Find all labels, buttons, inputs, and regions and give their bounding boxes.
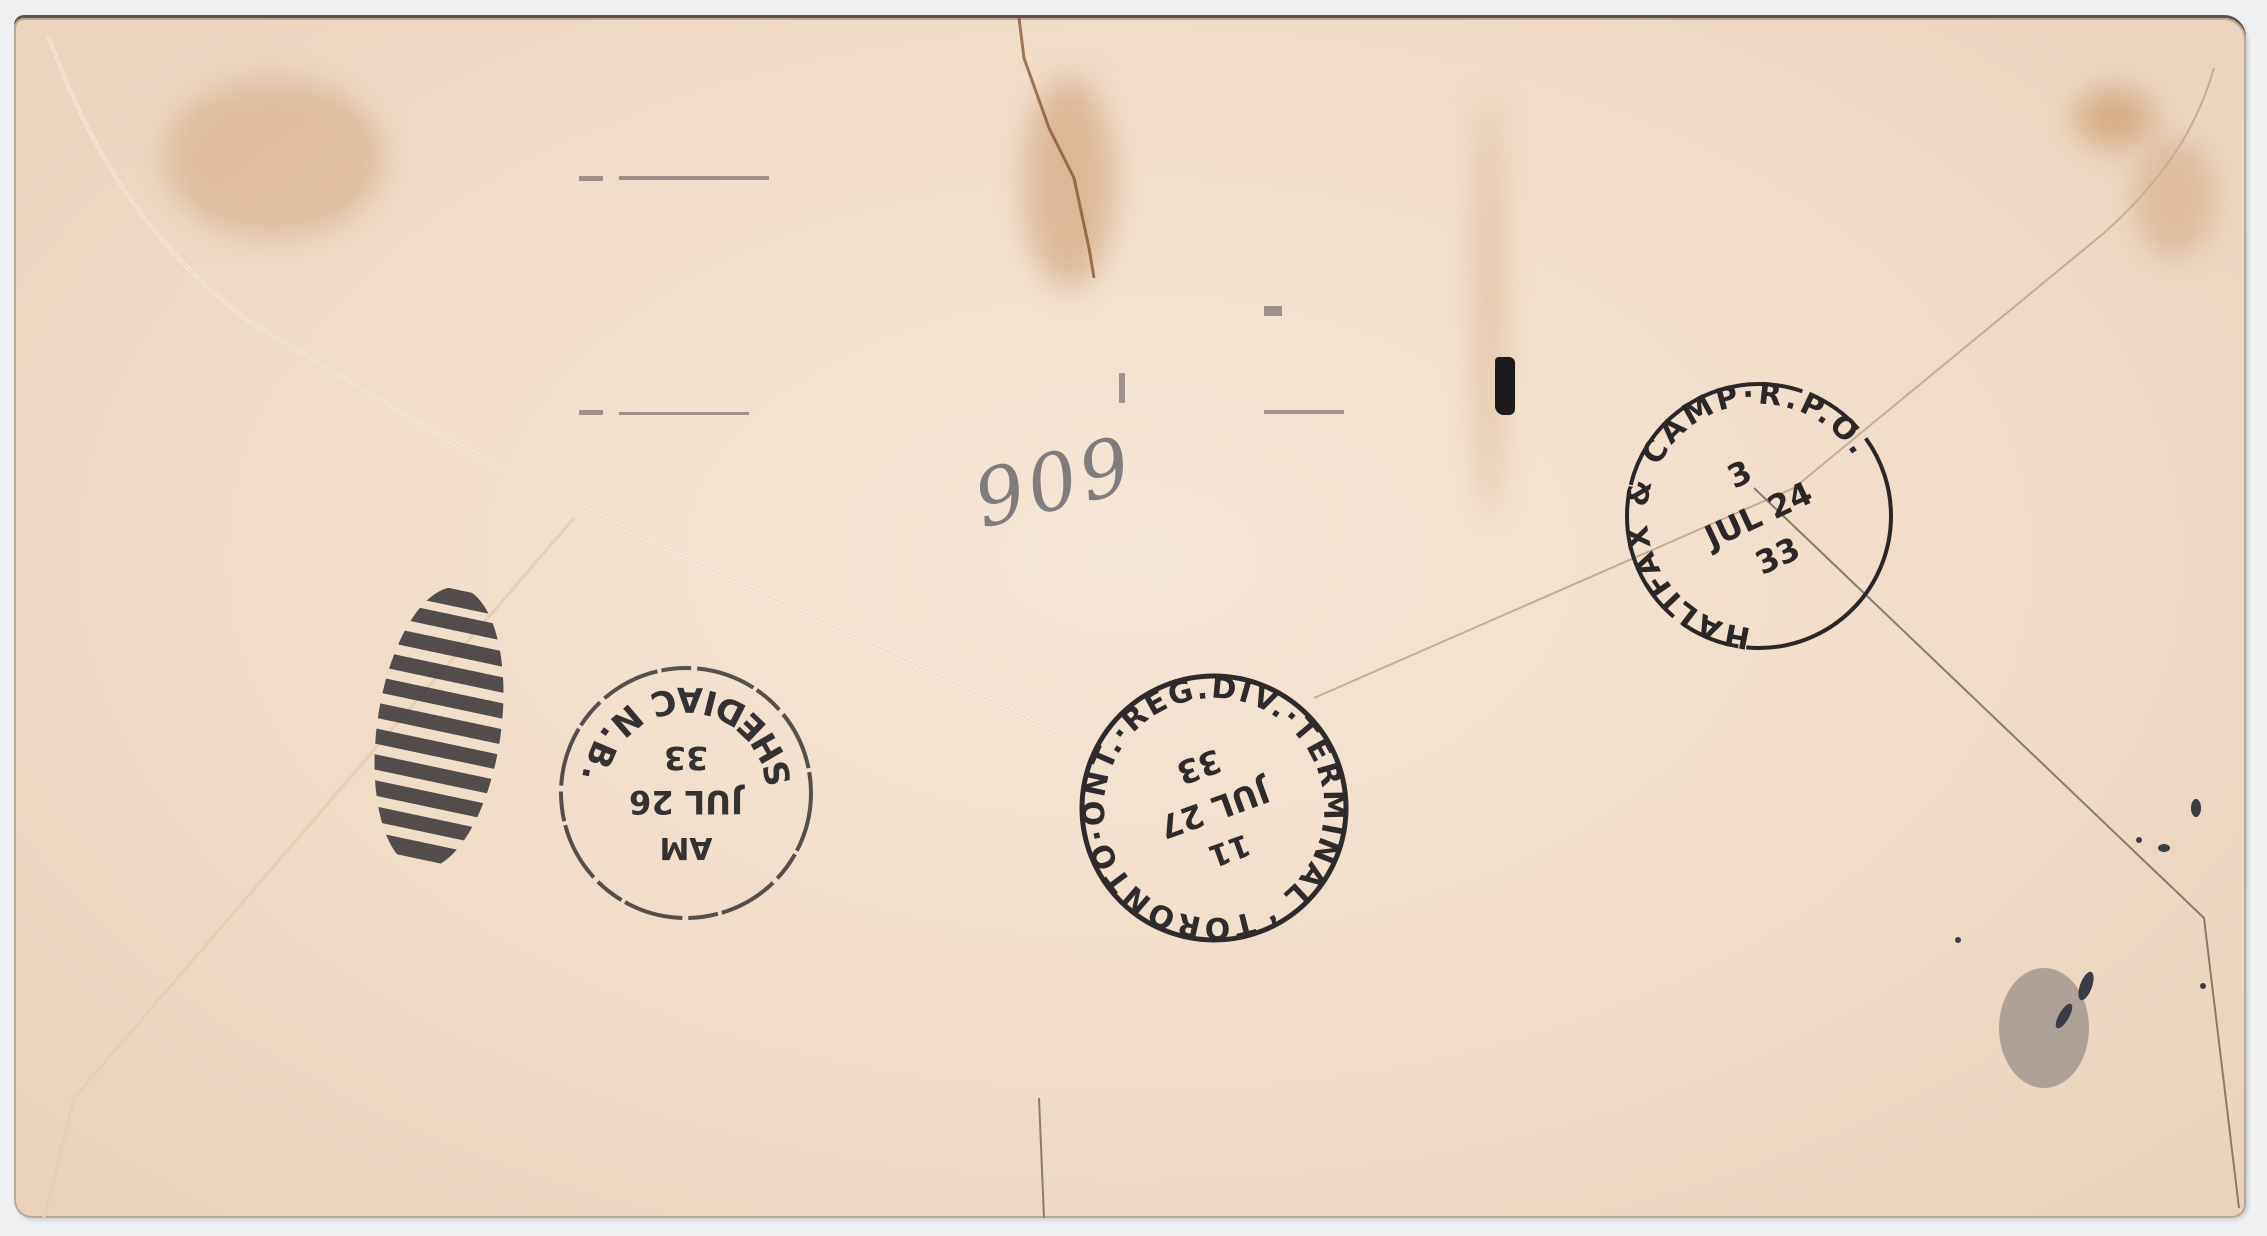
ink-smudge (1999, 968, 2089, 1088)
postmark-shediac-ring: SHEDIAC N.B. AM JUL 26 33 (536, 643, 836, 943)
envelope-back: 909 SHEDIAC N.B. (14, 18, 2246, 1218)
svg-text:33: 33 (664, 739, 709, 777)
svg-text:AM: AM (659, 830, 712, 865)
svg-text:3: 3 (1721, 452, 1757, 496)
svg-text:JUL 26: JUL 26 (629, 783, 745, 821)
svg-text:11: 11 (1204, 826, 1255, 873)
svg-text:33: 33 (1172, 741, 1227, 792)
postmark-shediac: SHEDIAC N.B. AM JUL 26 33 (536, 643, 836, 943)
svg-text:JUL 27: JUL 27 (1154, 771, 1276, 846)
ink-blot (1495, 357, 1515, 415)
svg-text:33: 33 (1749, 529, 1805, 582)
postmark-halifax-ring: HALIFAX & CAMP·R.P.O. 3 JUL 24 33 (1609, 366, 1909, 666)
oval-bar-cancel-icon (339, 578, 539, 878)
postmark-toronto-ring: TORONTO·ONT.·REG.DIV.·TERMINAL ‘A’. 11 J… (1064, 658, 1364, 958)
faint-printed-traces (579, 176, 1344, 415)
postmark-toronto: TORONTO·ONT.·REG.DIV.·TERMINAL ‘A’. 11 J… (1064, 658, 1364, 958)
postmark-halifax: HALIFAX & CAMP·R.P.O. 3 JUL 24 33 (1609, 366, 1909, 666)
